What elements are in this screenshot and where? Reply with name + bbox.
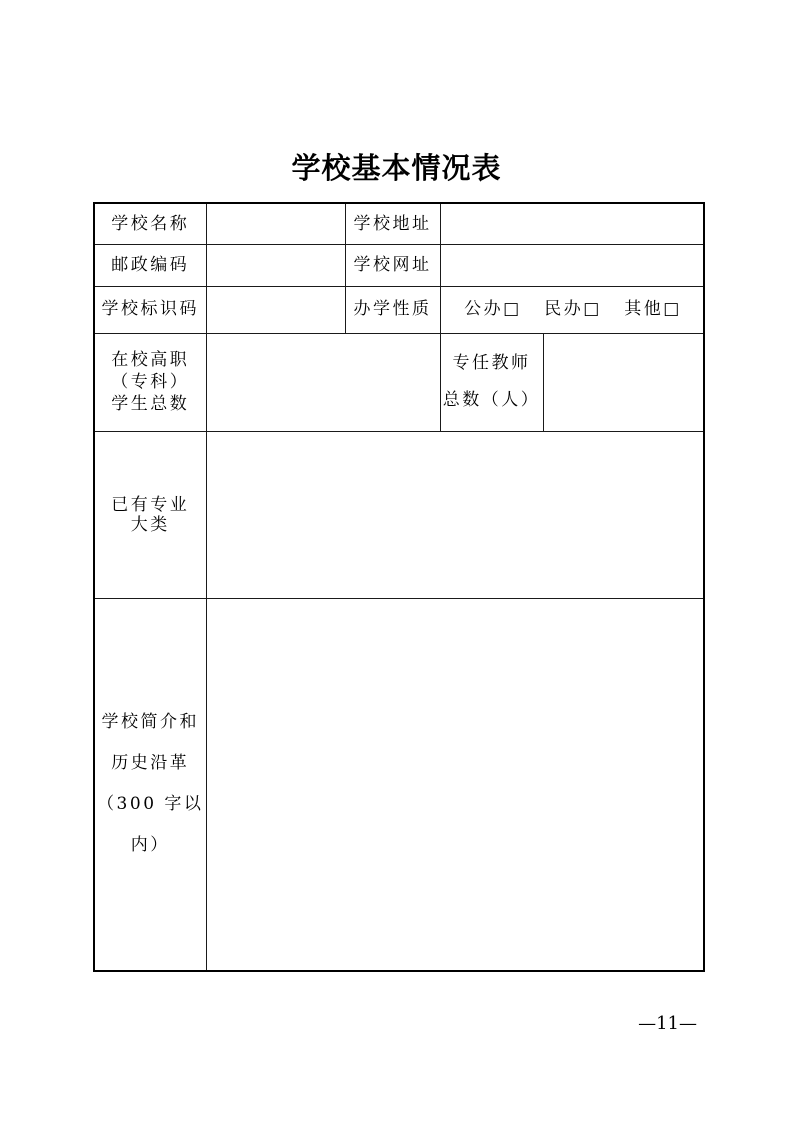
school-name-value-cell: [206, 203, 345, 244]
option-private-label: 民办: [544, 299, 583, 319]
document-page: 学校基本情况表 学校名称 学校地址 邮政编码 学校网址 学校标识码 办学性质: [0, 0, 793, 1122]
school-address-label: 学校地址: [345, 203, 440, 244]
table-row-school-intro: 学校简介和 历史沿革 （300 字以 内）: [94, 598, 704, 971]
fulltime-teachers-value-cell: [543, 333, 704, 431]
page-number: —11—: [93, 1013, 703, 1034]
option-private: 民办□: [544, 298, 599, 320]
school-nature-options-cell: 公办□ 民办□ 其他□: [440, 286, 704, 333]
table-row-school-name: 学校名称 学校地址: [94, 203, 704, 244]
enrolled-students-label: 在校高职 （专科） 学生总数: [94, 333, 206, 431]
school-name-label: 学校名称: [94, 203, 206, 244]
school-intro-label: 学校简介和 历史沿革 （300 字以 内）: [94, 598, 206, 971]
school-website-label: 学校网址: [345, 244, 440, 286]
existing-majors-value-cell: [206, 431, 704, 598]
school-nature-options: 公办□ 民办□ 其他□: [443, 298, 702, 320]
table-row-students-teachers: 在校高职 （专科） 学生总数 专任教师 总数（人）: [94, 333, 704, 431]
school-info-table: 学校名称 学校地址 邮政编码 学校网址 学校标识码 办学性质 公办□ 民办□ 其…: [93, 202, 705, 972]
school-intro-label-lines: 学校简介和 历史沿革 （300 字以 内）: [97, 702, 204, 866]
table-row-existing-majors: 已有专业 大类: [94, 431, 704, 598]
option-public-label: 公办: [464, 299, 503, 319]
checkbox-unchecked-icon: □: [583, 299, 599, 319]
existing-majors-label: 已有专业 大类: [94, 431, 206, 598]
school-id-label: 学校标识码: [94, 286, 206, 333]
school-website-value-cell: [440, 244, 704, 286]
existing-majors-label-lines: 已有专业 大类: [97, 495, 204, 535]
option-public: 公办□: [464, 298, 519, 320]
option-other: 其他□: [624, 298, 679, 320]
school-intro-value-cell: [206, 598, 704, 971]
school-id-value-cell: [206, 286, 345, 333]
fulltime-teachers-label: 专任教师 总数（人）: [440, 333, 543, 431]
school-address-value-cell: [440, 203, 704, 244]
table-row-postal-code: 邮政编码 学校网址: [94, 244, 704, 286]
checkbox-unchecked-icon: □: [503, 299, 519, 319]
enrolled-students-label-lines: 在校高职 （专科） 学生总数: [97, 349, 204, 415]
page-title: 学校基本情况表: [0, 146, 793, 187]
postal-code-value-cell: [206, 244, 345, 286]
fulltime-teachers-label-lines: 专任教师 总数（人）: [443, 345, 541, 419]
enrolled-students-value-cell: [206, 333, 440, 431]
table-row-school-id: 学校标识码 办学性质 公办□ 民办□ 其他□: [94, 286, 704, 333]
option-other-label: 其他: [624, 299, 663, 319]
school-nature-label: 办学性质: [345, 286, 440, 333]
checkbox-unchecked-icon: □: [663, 299, 679, 319]
postal-code-label: 邮政编码: [94, 244, 206, 286]
